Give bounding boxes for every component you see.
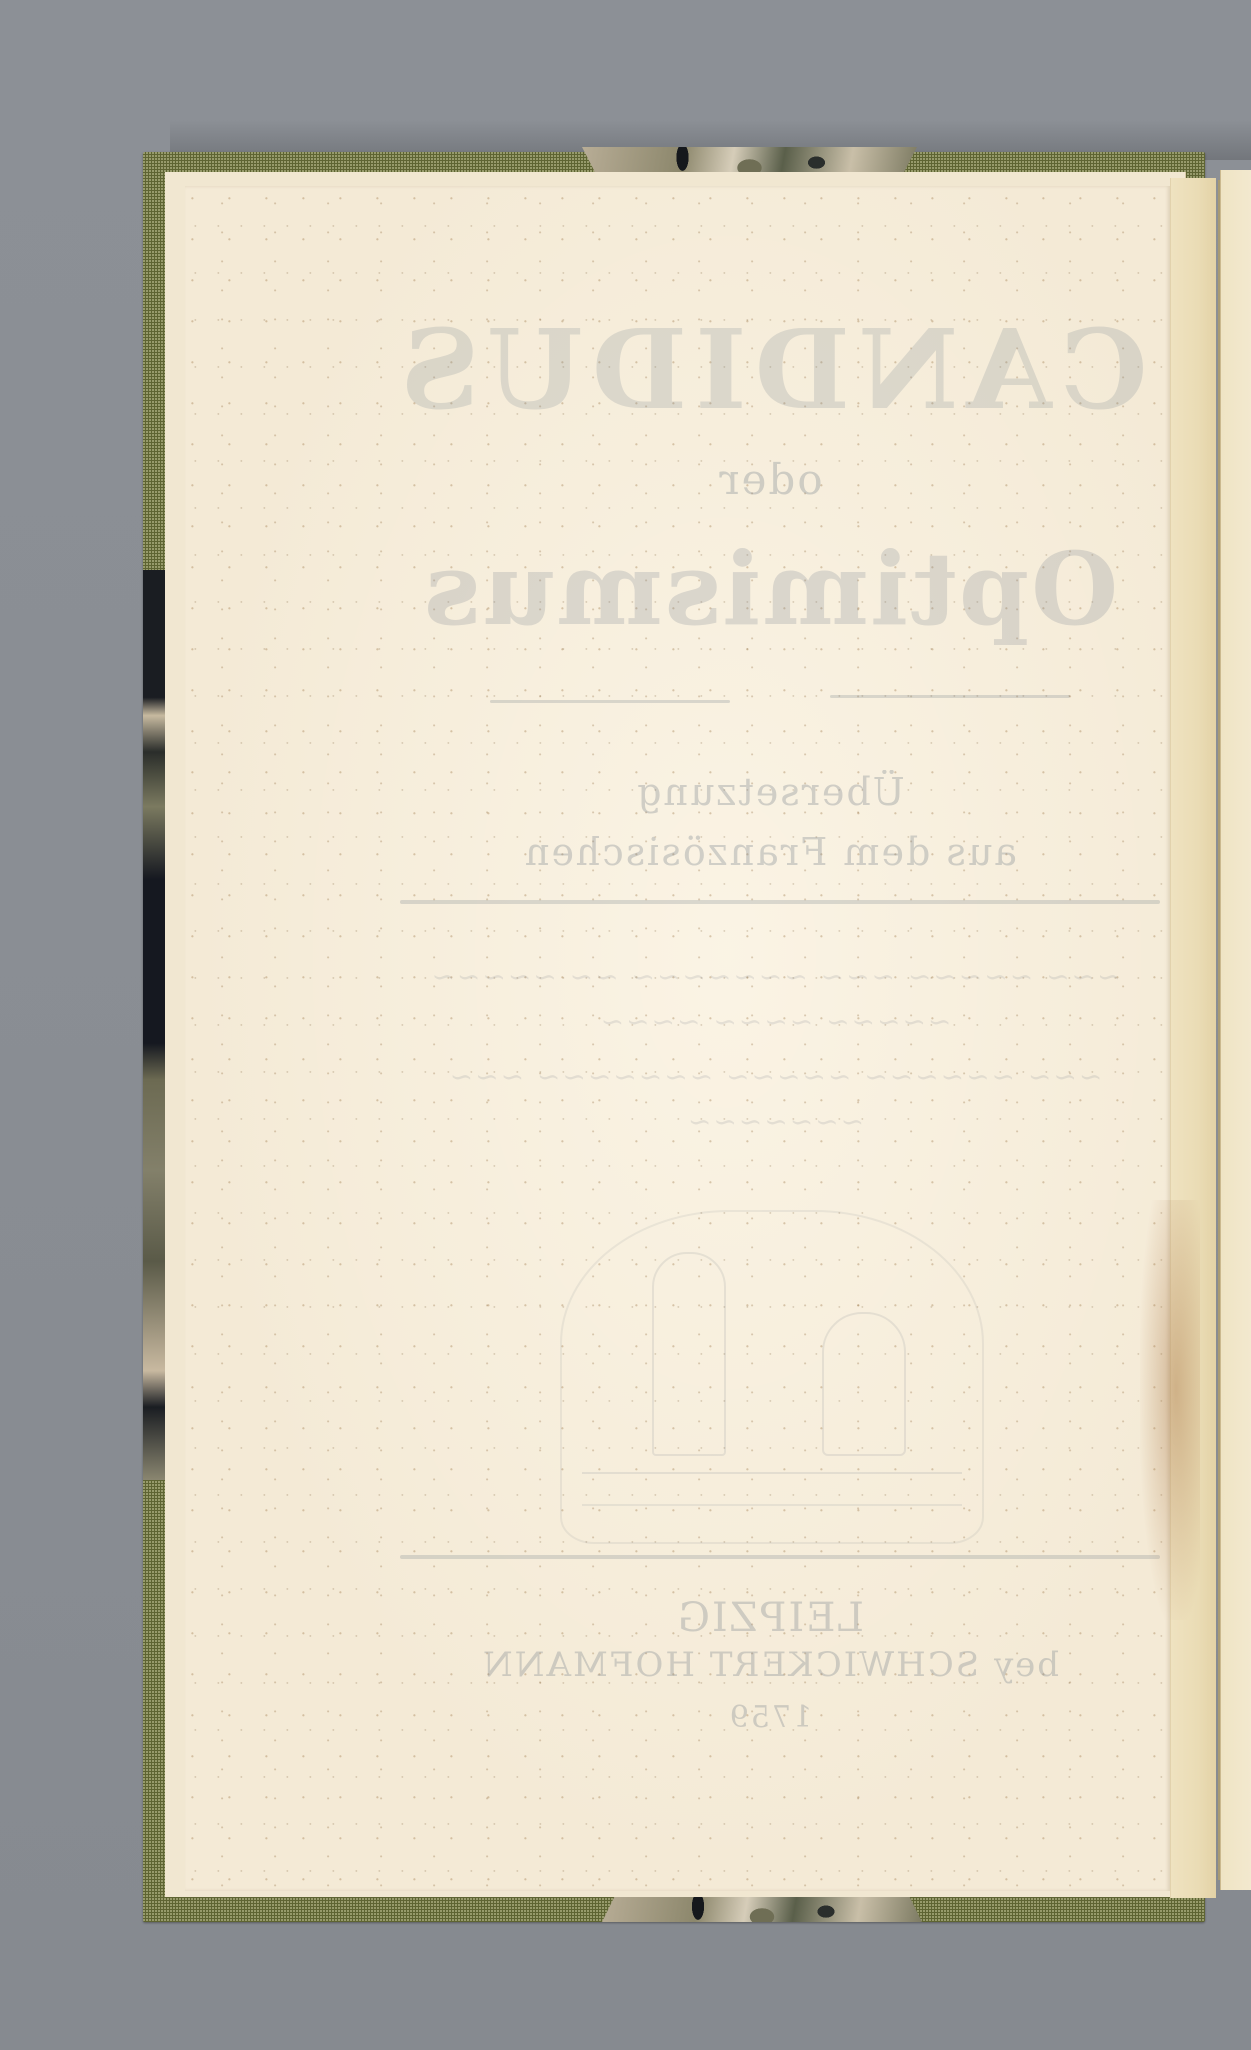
- rule-full: [400, 900, 1160, 904]
- rule-imprint: [400, 1555, 1160, 1559]
- rule-right: [830, 695, 1070, 698]
- page-gutter: [1170, 178, 1216, 1898]
- foxing-stain: [1140, 1200, 1200, 1620]
- marbled-board-edge: [143, 570, 167, 1480]
- show-through-year: 1759: [380, 1700, 1160, 1735]
- show-through-place: LEIPZIG: [380, 1595, 1160, 1641]
- adjacent-page-edge: [1220, 170, 1251, 1890]
- show-through-body-4: ~~~~~~~: [380, 1105, 1170, 1138]
- show-through-oder: oder: [380, 455, 1160, 504]
- show-through-title: CANDIDUS: [380, 305, 1160, 434]
- vignette-base: [582, 1472, 962, 1506]
- show-through-body-3: ~~~ ~~~~~~ ~~~~~ ~~~~~~~ ~~~: [380, 1060, 1170, 1093]
- show-through-body-1: ~~~ ~~~~~ ~~~ ~~~~~~~ ~~ ~~~~~: [380, 960, 1170, 993]
- show-through-vignette-illustration: [560, 1210, 984, 1544]
- rule-left: [490, 700, 730, 703]
- gutter-fold-line: [1218, 180, 1220, 1880]
- vignette-figure-right: [822, 1312, 906, 1456]
- marbled-spine-bottom: [602, 1896, 922, 1922]
- vignette-figure-left: [652, 1252, 726, 1456]
- show-through-translation-2: aus dem Französischen: [380, 830, 1160, 874]
- show-through-translation-1: Übersetzung: [380, 770, 1160, 814]
- marbled-spine-top: [582, 147, 917, 173]
- show-through-publisher: bey SCHWICKERT HOFMANN: [380, 1645, 1160, 1685]
- show-through-subtitle: Optimismus: [380, 530, 1160, 648]
- show-through-body-2: ~~~~~ ~~~~ ~~~~: [380, 1005, 1170, 1038]
